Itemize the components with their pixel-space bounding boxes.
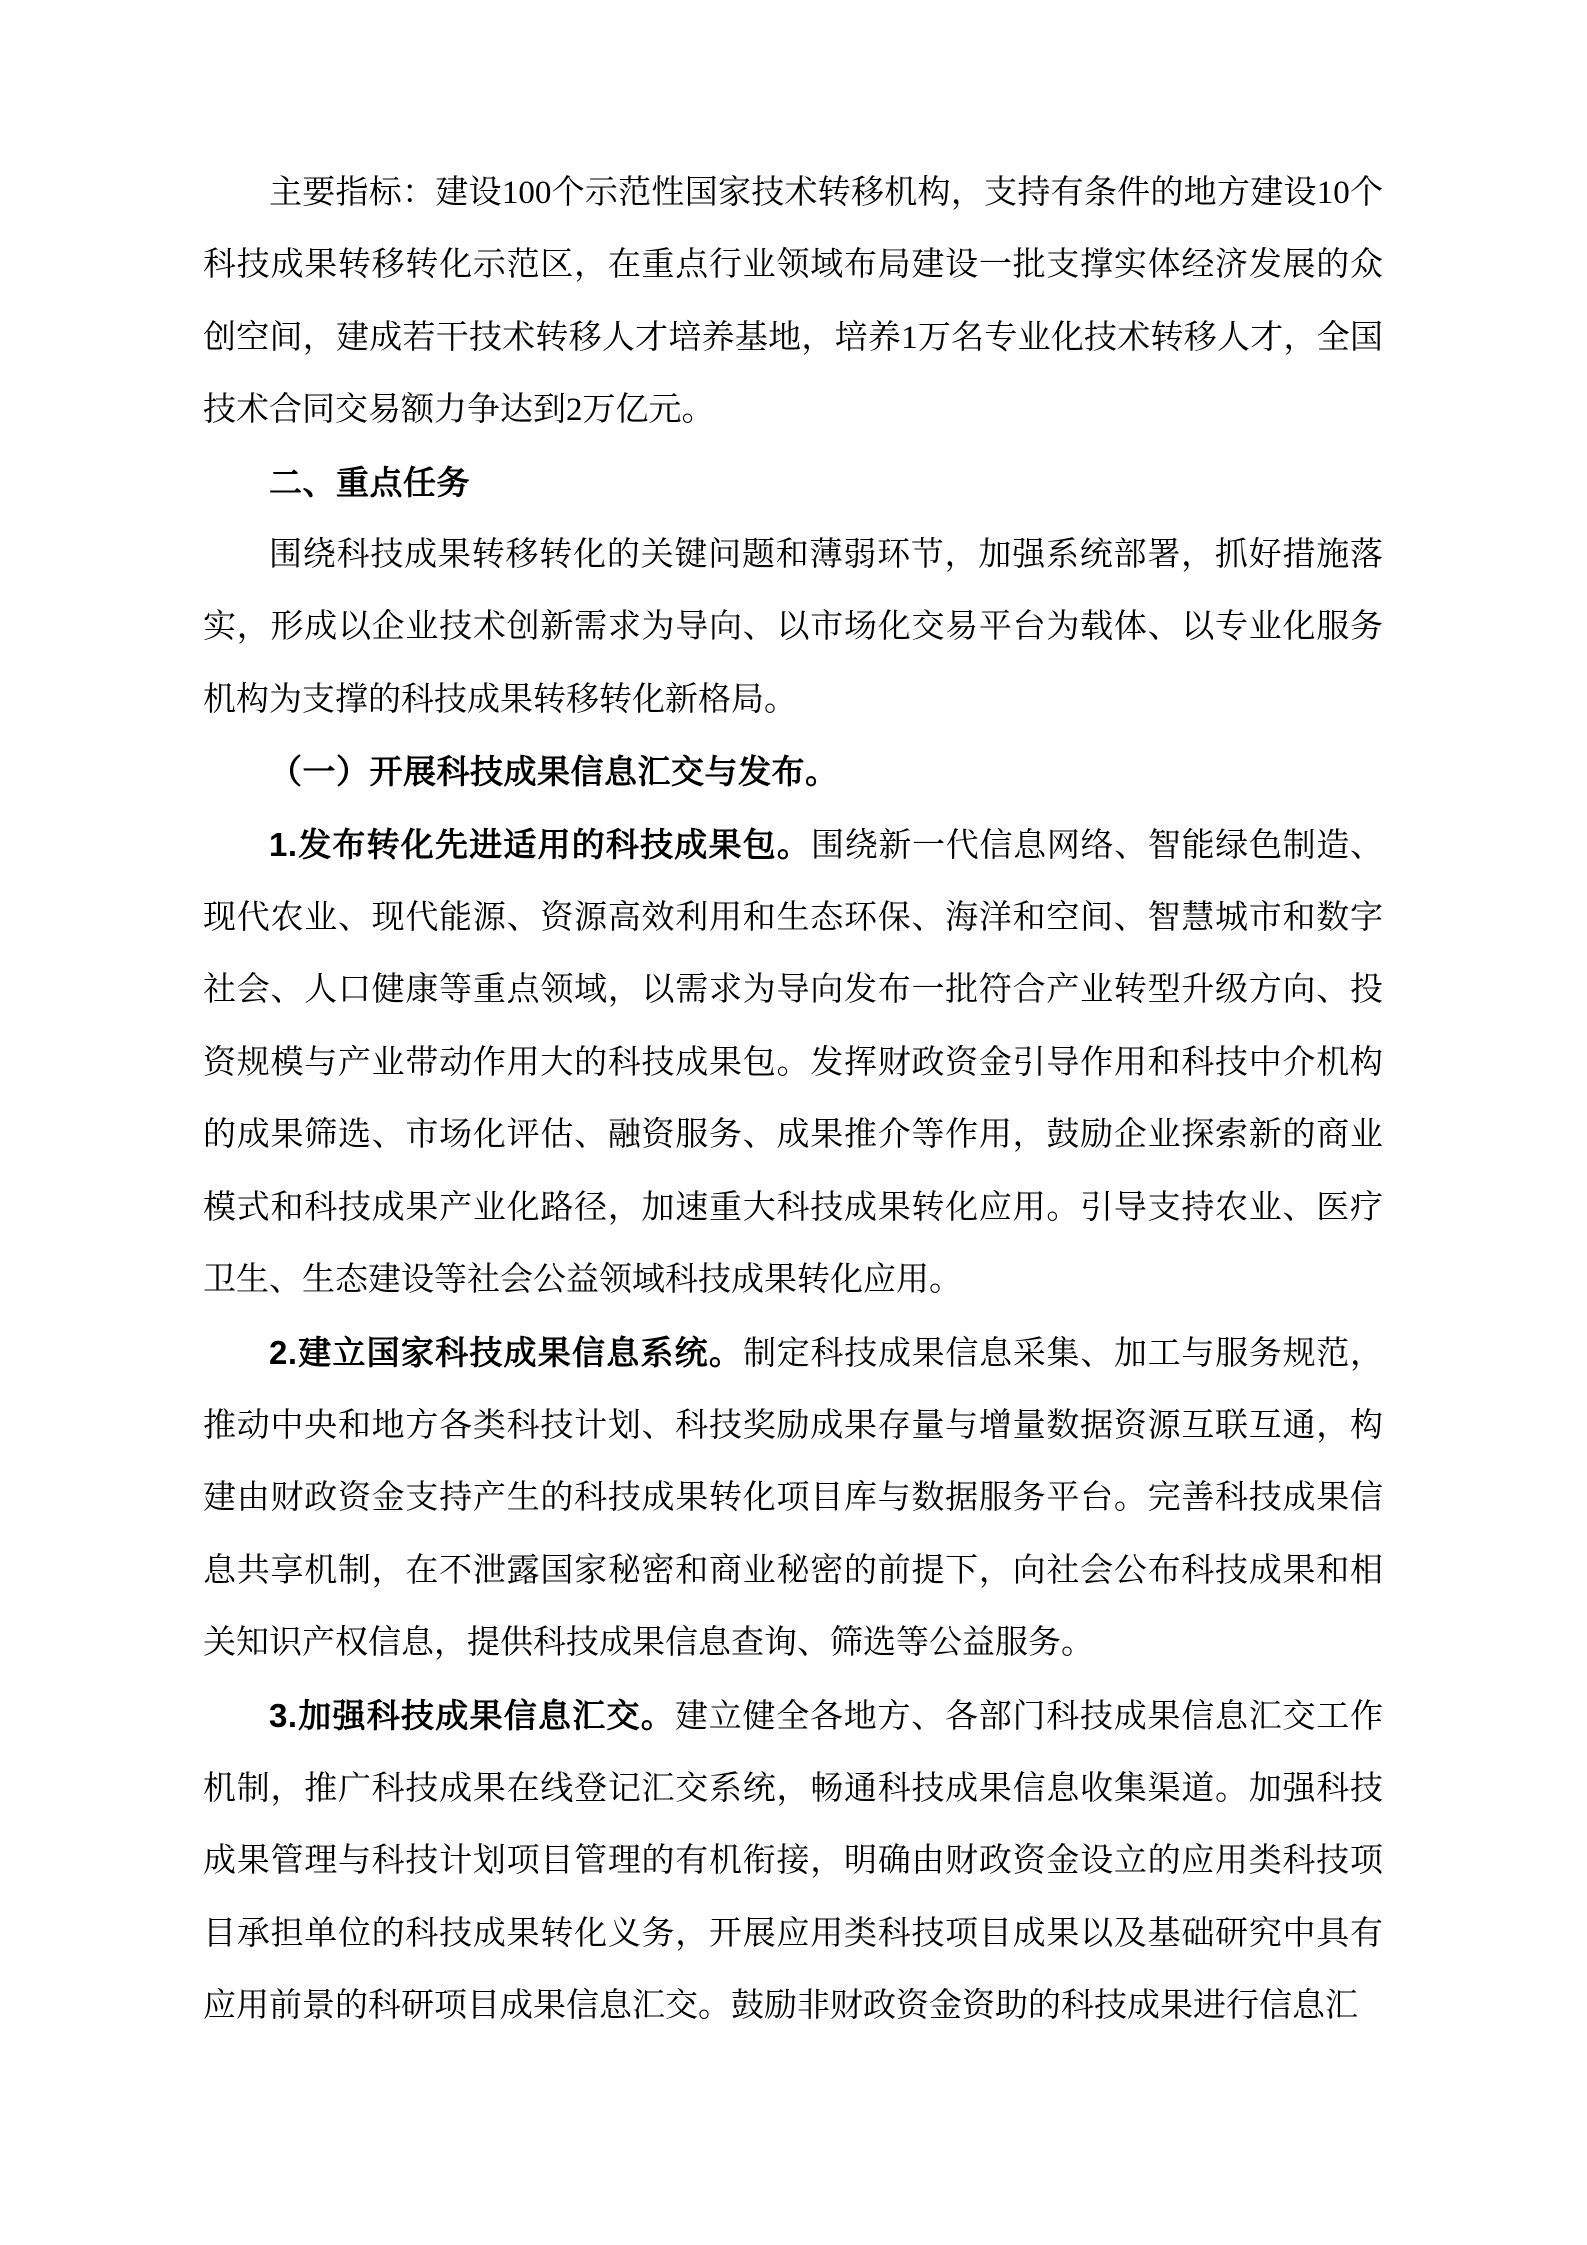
document-page: 主要指标：建设100个示范性国家技术转移机构，支持有条件的地方建设10个科技成果… [203, 157, 1383, 2043]
paragraph-task-3: 3.加强科技成果信息汇交。建立健全各地方、各部门科技成果信息汇交工作机制，推广科… [203, 1680, 1383, 2043]
paragraph-text: 围绕科技成果转移转化的关键问题和薄弱环节，加强系统部署，抓好措施落实，形成以企业… [203, 537, 1383, 718]
paragraph-key-indicators: 主要指标：建设100个示范性国家技术转移机构，支持有条件的地方建设10个科技成果… [203, 157, 1383, 447]
paragraph-text: 主要指标：建设100个示范性国家技术转移机构，支持有条件的地方建设10个科技成果… [203, 175, 1383, 428]
paragraph-task-2: 2.建立国家科技成果信息系统。制定科技成果信息采集、加工与服务规范，推动中央和地… [203, 1317, 1383, 1680]
heading-subsection-1: （一）开展科技成果信息汇交与发布。 [203, 736, 1383, 808]
task-1-body: 围绕新一代信息网络、智能绿色制造、现代农业、现代能源、资源高效利用和生态环保、海… [203, 828, 1383, 1298]
task-3-lead: 3.加强科技成果信息汇交。 [269, 1697, 675, 1734]
heading-section-2: 二、重点任务 [203, 447, 1383, 519]
task-2-lead: 2.建立国家科技成果信息系统。 [269, 1334, 743, 1371]
task-2-body: 制定科技成果信息采集、加工与服务规范，推动中央和地方各类科技计划、科技奖励成果存… [203, 1336, 1383, 1662]
heading-text: 二、重点任务 [269, 464, 470, 501]
paragraph-overview: 围绕科技成果转移转化的关键问题和薄弱环节，加强系统部署，抓好措施落实，形成以企业… [203, 519, 1383, 736]
task-1-lead: 1.发布转化先进适用的科技成果包。 [269, 826, 811, 863]
heading-text: （一）开展科技成果信息汇交与发布。 [269, 753, 839, 790]
task-3-body: 建立健全各地方、各部门科技成果信息汇交工作机制，推广科技成果在线登记汇交系统，畅… [203, 1699, 1383, 2025]
paragraph-task-1: 1.发布转化先进适用的科技成果包。围绕新一代信息网络、智能绿色制造、现代农业、现… [203, 809, 1383, 1317]
